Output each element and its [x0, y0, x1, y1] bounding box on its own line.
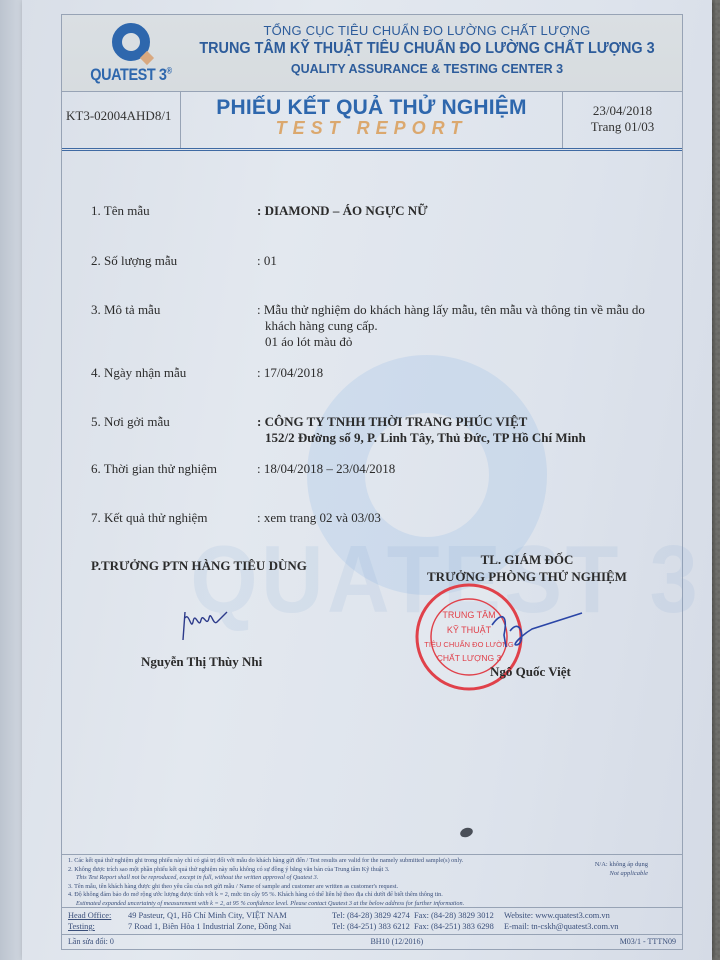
note-3: 3. Tên mẫu, tên khách hàng được ghi theo… — [68, 883, 676, 892]
field-value-line2: 152/2 Đường số 9, P. Linh Tây, Thủ Đức, … — [257, 430, 662, 446]
signature-scribble-icon — [177, 600, 237, 650]
field-label: 1. Tên mẫu — [91, 203, 251, 219]
field-value-line3: 01 áo lót màu đỏ — [257, 334, 662, 350]
field-value: : Mẫu thử nghiệm do khách hàng lấy mẫu, … — [257, 302, 645, 317]
footer-codes: Lần sửa đổi: 0 BH10 (12/2016) M03/1 - TT… — [68, 937, 676, 946]
field-label: 7. Kết quả thử nghiệm — [91, 510, 251, 526]
field-value-line2: khách hàng cung cấp. — [257, 318, 662, 334]
contact-info: Head Office: 49 Pasteur, Q1, Hồ Chí Minh… — [62, 908, 682, 935]
signer-title-1: TL. GIÁM ĐỐC — [402, 551, 652, 568]
field-value: : CÔNG TY TNHH THỜI TRANG PHÚC VIỆT — [257, 414, 527, 429]
organization-block: TỔNG CỤC TIÊU CHUẨN ĐO LƯỜNG CHẤT LƯỢNG … — [182, 23, 672, 76]
note-2-en: This Test Report shall not be reproduced… — [68, 874, 676, 883]
contact-row-head-office: Head Office: 49 Pasteur, Q1, Hồ Chí Minh… — [68, 910, 676, 921]
contact-address: 49 Pasteur, Q1, Hồ Chí Minh City, VIỆT N… — [128, 910, 332, 921]
page-number: Trang 01/03 — [563, 119, 682, 135]
signature-block-right: TL. GIÁM ĐỐC TRƯỞNG PHÒNG THỬ NGHIỆM Ngô… — [402, 551, 652, 585]
contact-tel: Tel: (84-28) 3829 4274 — [332, 910, 414, 921]
org-name-en: QUALITY ASSURANCE & TESTING CENTER 3 — [182, 62, 672, 76]
field-value: : 18/04/2018 – 23/04/2018 — [257, 461, 662, 477]
contact-fax: Fax: (84-28) 3829 3012 — [414, 910, 504, 921]
na-vi: N/A: không áp dụng — [595, 860, 648, 869]
field-value: : xem trang 02 và 03/03 — [257, 510, 662, 526]
registered-mark: ® — [166, 65, 171, 75]
signer-name: Ngô Quốc Việt — [490, 664, 571, 680]
signature-scribble-icon — [482, 605, 592, 665]
contact-tel: Tel: (84-251) 383 6212 — [332, 921, 414, 932]
report-date: 23/04/2018 — [563, 103, 682, 119]
contact-label: Head Office: — [68, 910, 128, 921]
field-label: 4. Ngày nhận mẫu — [91, 365, 251, 381]
revision-number: Lần sửa đổi: 0 — [68, 937, 114, 946]
report-title: PHIẾU KẾT QUẢ THỬ NGHIỆM TEST REPORT — [181, 92, 563, 148]
note-2: 2. Không được trích sao một phần phiếu k… — [68, 866, 676, 875]
logo-text: QUATEST 3 — [90, 65, 166, 84]
field-label: 5. Nơi gởi mẫu — [91, 414, 251, 430]
signer-name: Nguyễn Thị Thùy Nhi — [141, 654, 351, 670]
test-report-page: QUATEST 3® TỔNG CỤC TIÊU CHUẨN ĐO LƯỜNG … — [22, 0, 712, 960]
title-vietnamese: PHIẾU KẾT QUẢ THỬ NGHIỆM — [181, 96, 562, 120]
field-label: 6. Thời gian thử nghiệm — [91, 461, 251, 477]
note-4: 4. Độ không đảm bảo đo mở rộng ước lượng… — [68, 891, 676, 900]
org-parent: TỔNG CỤC TIÊU CHUẨN ĐO LƯỜNG CHẤT LƯỢNG — [182, 23, 672, 38]
field-label: 2. Số lượng mẫu — [91, 253, 251, 269]
footer-notes: 1. Các kết quả thử nghiệm ghi trong phiế… — [62, 854, 682, 908]
field-value: : DIAMOND – ÁO NGỰC NỮ — [257, 203, 662, 219]
contact-address: 7 Road 1, Biên Hòa 1 Industrial Zone, Đồ… — [128, 921, 332, 932]
quatest-logo: QUATEST 3® — [76, 21, 186, 87]
form-code: BH10 (12/2016) — [370, 937, 423, 946]
note-1: 1. Các kết quả thử nghiệm ghi trong phiế… — [68, 857, 676, 866]
q-logo-icon — [112, 23, 150, 61]
contact-fax: Fax: (84-251) 383 6298 — [414, 921, 504, 932]
signer-title-2: TRƯỞNG PHÒNG THỬ NGHIỆM — [402, 568, 652, 585]
report-frame: QUATEST 3® TỔNG CỤC TIÊU CHUẨN ĐO LƯỜNG … — [61, 14, 683, 950]
header: QUATEST 3® TỔNG CỤC TIÊU CHUẨN ĐO LƯỜNG … — [62, 15, 682, 92]
na-legend: N/A: không áp dụng Not applicable — [595, 860, 648, 878]
org-name: TRUNG TÂM KỸ THUẬT TIÊU CHUẨN ĐO LƯỜNG C… — [199, 40, 655, 58]
contact-row-testing: Testing: 7 Road 1, Biên Hòa 1 Industrial… — [68, 921, 676, 932]
document-code: M03/1 - TTTN09 — [620, 937, 676, 946]
report-meta: 23/04/2018 Trang 01/03 — [563, 92, 682, 148]
title-english: TEST REPORT — [181, 118, 562, 139]
contact-email: E-mail: tn-cskh@quatest3.com.vn — [504, 921, 618, 932]
title-row: KT3-02004AHD8/1 PHIẾU KẾT QUẢ THỬ NGHIỆM… — [62, 92, 682, 151]
field-value: : 17/04/2018 — [257, 365, 662, 381]
paper-mark — [459, 826, 474, 839]
field-label: 3. Mô tả mẫu — [91, 302, 251, 318]
contact-label: Testing: — [68, 921, 128, 932]
contact-website: Website: www.quatest3.com.vn — [504, 910, 610, 921]
report-code: KT3-02004AHD8/1 — [62, 92, 181, 148]
signer-title: P.TRƯỞNG PTN HÀNG TIÊU DÙNG — [91, 558, 351, 574]
na-en: Not applicable — [595, 869, 648, 878]
field-value: : 01 — [257, 253, 662, 269]
